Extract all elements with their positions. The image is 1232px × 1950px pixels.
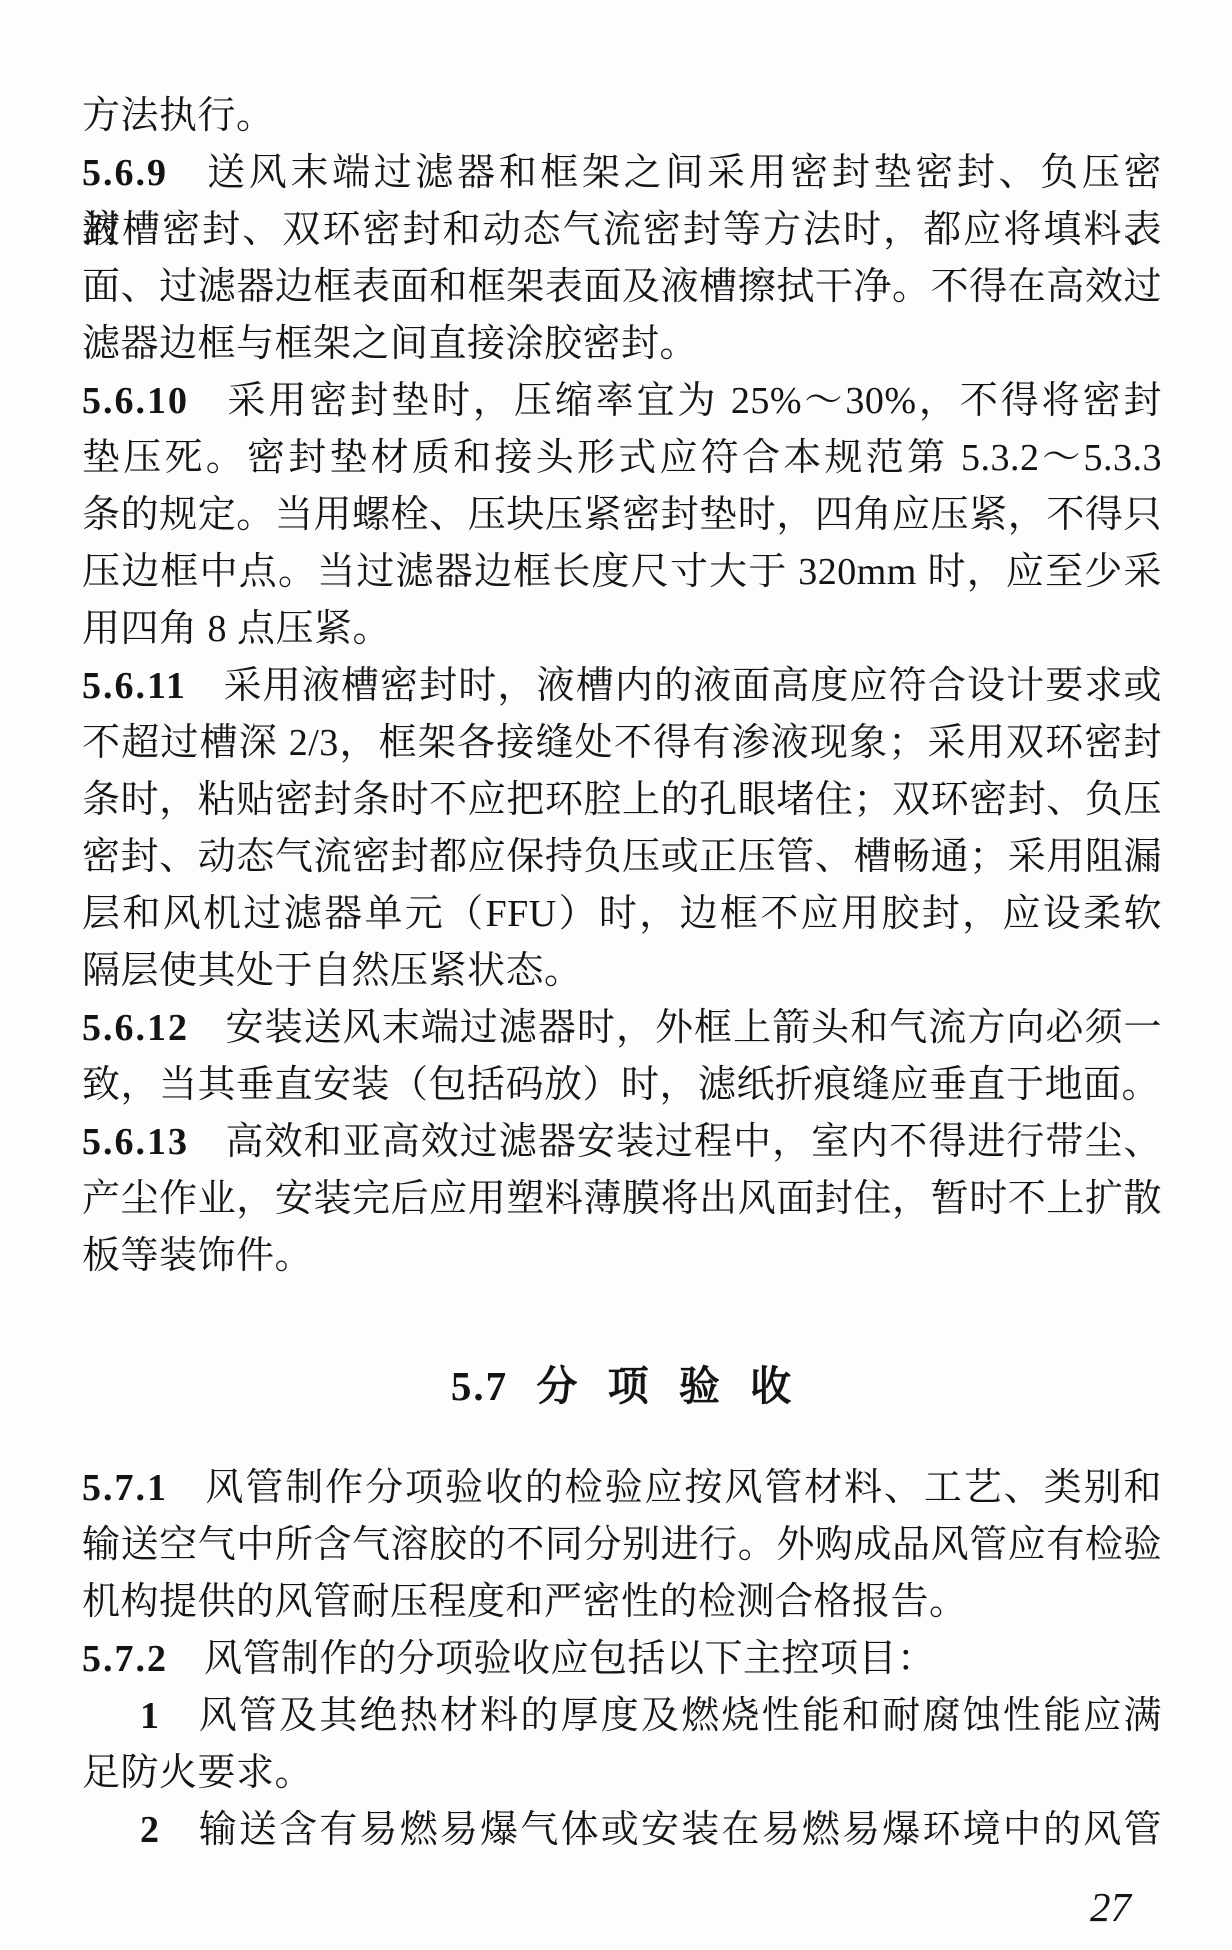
text-line: 5.6.10采用密封垫时，压缩率宜为 25%～30%，不得将密封 — [82, 373, 1162, 430]
line-text: 风管制作分项验收的检验应按风管材料、工艺、类别和 — [204, 1467, 1162, 1509]
line-text: 垫压死。密封垫材质和接头形式应符合本规范第 5.3.2～5.3.3 — [82, 437, 1162, 479]
text-line: 2输送含有易燃易爆气体或安装在易燃易爆环境中的风管 — [82, 1802, 1162, 1859]
clause-number: 5.6.13 — [82, 1121, 189, 1163]
line-text: 输送含有易燃易爆气体或安装在易燃易爆环境中的风管 — [197, 1809, 1162, 1851]
line-text: 不超过槽深 2/3，框架各接缝处不得有渗液现象；采用双环密封 — [82, 722, 1162, 764]
text-line: 条时，粘贴密封条时不应把环腔上的孔眼堵住；双环密封、负压 — [82, 772, 1162, 829]
clause-number: 2 — [140, 1809, 161, 1851]
text-line: 条的规定。当用螺栓、压块压紧密封垫时，四角应压紧，不得只 — [82, 487, 1162, 544]
text-line: 隔层使其处于自然压紧状态。 — [82, 943, 1162, 1000]
text-line: 方法执行。 — [82, 88, 1162, 145]
line-text: 用四角 8 点压紧。 — [82, 608, 391, 650]
line-text: 密封、动态气流密封都应保持负压或正压管、槽畅通；采用阻漏 — [82, 836, 1162, 878]
clause-number: 5.6.10 — [82, 380, 189, 422]
line-text: 足防火要求。 — [82, 1752, 313, 1794]
section-heading: 5.7 分 项 验 收 — [82, 1358, 1162, 1415]
page-number-row: 27 — [82, 1877, 1162, 1937]
line-text: 风管制作的分项验收应包括以下主控项目： — [204, 1638, 936, 1680]
clause-number: 5.7.2 — [82, 1638, 168, 1680]
text-line: 5.6.13高效和亚高效过滤器安装过程中，室内不得进行带尘、 — [82, 1114, 1162, 1171]
clause-number: 5.6.12 — [82, 1007, 189, 1049]
line-text: 机构提供的风管耐压程度和严密性的检测合格报告。 — [82, 1581, 968, 1623]
text-line: 液槽密封、双环密封和动态气流密封等方法时，都应将填料表 — [82, 202, 1162, 259]
text-line: 机构提供的风管耐压程度和严密性的检测合格报告。 — [82, 1574, 1162, 1631]
line-text: 压边框中点。当过滤器边框长度尺寸大于 320mm 时，应至少采 — [82, 551, 1162, 593]
text-line: 产尘作业，安装完后应用塑料薄膜将出风面封住，暂时不上扩散 — [82, 1171, 1162, 1228]
text-line: 1风管及其绝热材料的厚度及燃烧性能和耐腐蚀性能应满 — [82, 1688, 1162, 1745]
text-line: 5.6.9送风末端过滤器和框架之间采用密封垫密封、负压密封、 — [82, 145, 1162, 202]
line-text: 方法执行。 — [82, 95, 275, 137]
line-text: 安装送风末端过滤器时，外框上箭头和气流方向必须一 — [225, 1007, 1162, 1049]
text-line: 5.6.12安装送风末端过滤器时，外框上箭头和气流方向必须一 — [82, 1000, 1162, 1057]
page-number: 27 — [1090, 1884, 1131, 1930]
text-line: 压边框中点。当过滤器边框长度尺寸大于 320mm 时，应至少采 — [82, 544, 1162, 601]
clause-number: 1 — [140, 1695, 161, 1737]
line-text: 致，当其垂直安装（包括码放）时，滤纸折痕缝应垂直于地面。 — [82, 1064, 1160, 1106]
text-line: 用四角 8 点压紧。 — [82, 601, 1162, 658]
line-text: 产尘作业，安装完后应用塑料薄膜将出风面封住，暂时不上扩散 — [82, 1178, 1162, 1220]
text-line: 5.7.2风管制作的分项验收应包括以下主控项目： — [82, 1631, 1162, 1688]
text-line: 垫压死。密封垫材质和接头形式应符合本规范第 5.3.2～5.3.3 — [82, 430, 1162, 487]
text-line: 不超过槽深 2/3，框架各接缝处不得有渗液现象；采用双环密封 — [82, 715, 1162, 772]
line-text: 条的规定。当用螺栓、压块压紧密封垫时，四角应压紧，不得只 — [82, 494, 1162, 536]
document-body: 方法执行。5.6.9送风末端过滤器和框架之间采用密封垫密封、负压密封、液槽密封、… — [82, 88, 1162, 1859]
line-text: 输送空气中所含气溶胶的不同分别进行。外购成品风管应有检验 — [82, 1524, 1162, 1566]
text-line: 输送空气中所含气溶胶的不同分别进行。外购成品风管应有检验 — [82, 1517, 1162, 1574]
line-text: 滤器边框与框架之间直接涂胶密封。 — [82, 323, 698, 365]
clause-number: 5.7.1 — [82, 1467, 168, 1509]
line-text: 采用液槽密封时，液槽内的液面高度应符合设计要求或 — [223, 665, 1162, 707]
line-text: 液槽密封、双环密封和动态气流密封等方法时，都应将填料表 — [82, 209, 1162, 251]
text-line: 面、过滤器边框表面和框架表面及液槽擦拭干净。不得在高效过 — [82, 259, 1162, 316]
clause-number: 5.6.11 — [82, 665, 187, 707]
text-line: 致，当其垂直安装（包括码放）时，滤纸折痕缝应垂直于地面。 — [82, 1057, 1162, 1114]
line-text: 层和风机过滤器单元（FFU）时，边框不应用胶封，应设柔软 — [82, 893, 1162, 935]
line-text: 条时，粘贴密封条时不应把环腔上的孔眼堵住；双环密封、负压 — [82, 779, 1162, 821]
text-line: 5.6.11采用液槽密封时，液槽内的液面高度应符合设计要求或 — [82, 658, 1162, 715]
document-page: 方法执行。5.6.9送风末端过滤器和框架之间采用密封垫密封、负压密封、液槽密封、… — [0, 0, 1232, 1950]
line-text: 风管及其绝热材料的厚度及燃烧性能和耐腐蚀性能应满 — [197, 1695, 1162, 1737]
text-line: 层和风机过滤器单元（FFU）时，边框不应用胶封，应设柔软 — [82, 886, 1162, 943]
text-line: 滤器边框与框架之间直接涂胶密封。 — [82, 316, 1162, 373]
text-line: 板等装饰件。 — [82, 1228, 1162, 1285]
text-line: 密封、动态气流密封都应保持负压或正压管、槽畅通；采用阻漏 — [82, 829, 1162, 886]
line-text: 面、过滤器边框表面和框架表面及液槽擦拭干净。不得在高效过 — [82, 266, 1162, 308]
line-text: 采用密封垫时，压缩率宜为 25%～30%，不得将密封 — [225, 380, 1162, 422]
text-line: 5.7.1风管制作分项验收的检验应按风管材料、工艺、类别和 — [82, 1460, 1162, 1517]
line-text: 高效和亚高效过滤器安装过程中，室内不得进行带尘、 — [225, 1121, 1162, 1163]
line-text: 板等装饰件。 — [82, 1235, 313, 1277]
line-text: 隔层使其处于自然压紧状态。 — [82, 950, 583, 992]
text-line: 足防火要求。 — [82, 1745, 1162, 1802]
clause-number: 5.6.9 — [82, 152, 168, 194]
